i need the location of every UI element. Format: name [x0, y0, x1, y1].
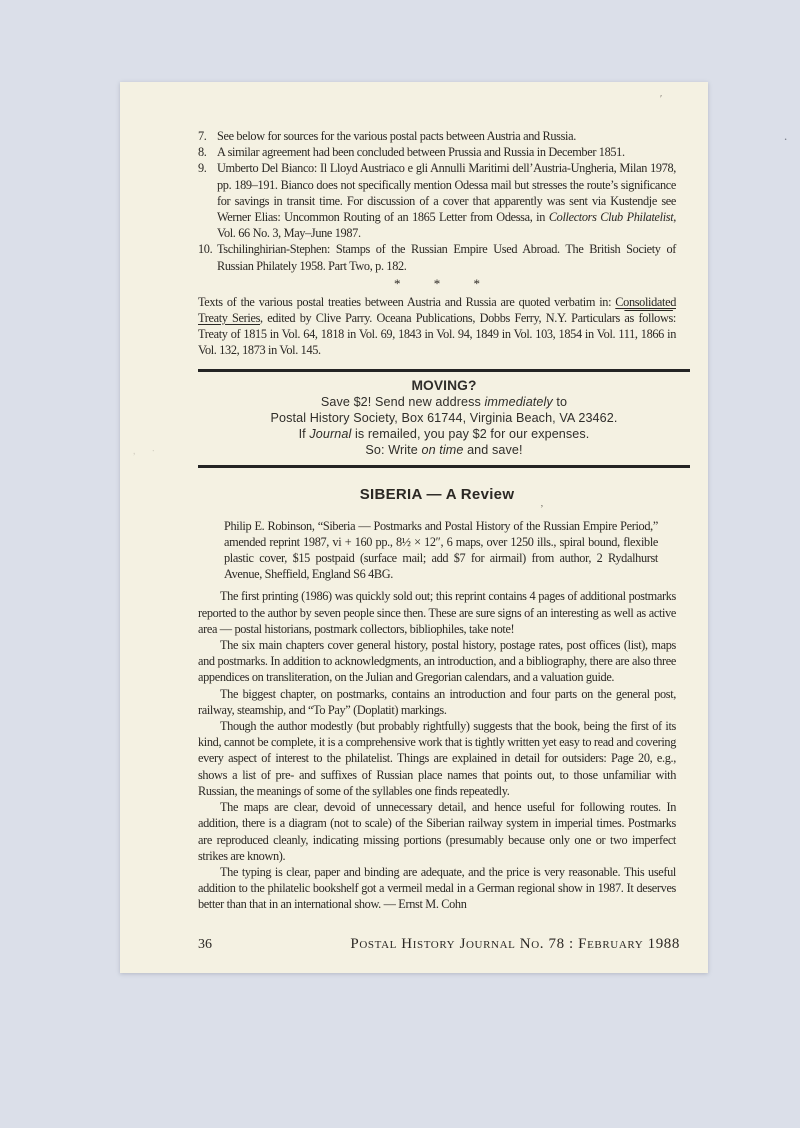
review-heading: SIBERIA — A Review [198, 486, 676, 504]
footnote-number: 10. [198, 241, 217, 273]
journal-footer-line: Postal History Journal No. 78 : February… [350, 936, 680, 953]
review-paragraph: The typing is clear, paper and binding a… [198, 864, 676, 913]
footnote-text: See below for sources for the various po… [217, 128, 676, 144]
footnote-text: Umberto Del Bianco: Il Lloyd Austriaco e… [217, 160, 676, 241]
review-paragraph: The maps are clear, devoid of unnecessar… [198, 799, 676, 864]
review-paragraph: Though the author modestly (but probably… [198, 718, 676, 799]
footnote-number: 9. [198, 160, 217, 241]
moving-line: So: Write on time and save! [198, 442, 690, 458]
scan-background: 7. See below for sources for the various… [0, 0, 800, 1128]
moving-line: If Journal is remailed, you pay $2 for o… [198, 426, 690, 442]
footnote-item: 7. See below for sources for the various… [198, 128, 676, 144]
moving-line: Postal History Society, Box 61744, Virgi… [198, 410, 690, 426]
footnote-item: 8. A similar agreement had been conclude… [198, 144, 676, 160]
moving-line: Save $2! Send new address immediately to [198, 394, 690, 410]
moving-heading: MOVING? [198, 377, 690, 394]
section-separator: * * * [198, 277, 676, 291]
review-paragraph: The biggest chapter, on postmarks, conta… [198, 686, 676, 718]
page-number: 36 [198, 937, 212, 953]
moving-notice-box: MOVING? Save $2! Send new address immedi… [198, 369, 690, 468]
footnote-number: 8. [198, 144, 217, 160]
review-paragraph: The six main chapters cover general hist… [198, 637, 676, 686]
footnote-text: A similar agreement had been concluded b… [217, 144, 676, 160]
footnote-number: 7. [198, 128, 217, 144]
review-paragraph: The first printing (1986) was quickly so… [198, 588, 676, 637]
review-citation: Philip E. Robinson, “Siberia — Postmarks… [224, 518, 658, 583]
scan-artifact-dot: . [784, 128, 787, 144]
footnote-item: 9. Umberto Del Bianco: Il Lloyd Austriac… [198, 160, 676, 241]
scan-artifact-mark: ’ [540, 503, 544, 515]
scan-artifact-tick: ′ [660, 94, 662, 105]
footnote-text: Tschilinghirian-Stephen: Stamps of the R… [217, 241, 676, 273]
treaty-paragraph: Texts of the various postal treaties bet… [198, 294, 676, 359]
footnote-list: 7. See below for sources for the various… [198, 128, 690, 274]
journal-page: 7. See below for sources for the various… [120, 82, 708, 973]
scan-artifact-smudge: ‚ . [131, 442, 162, 457]
footnote-item: 10. Tschilinghirian-Stephen: Stamps of t… [198, 241, 676, 273]
page-footer: 36 Postal History Journal No. 78 : Febru… [198, 936, 680, 953]
